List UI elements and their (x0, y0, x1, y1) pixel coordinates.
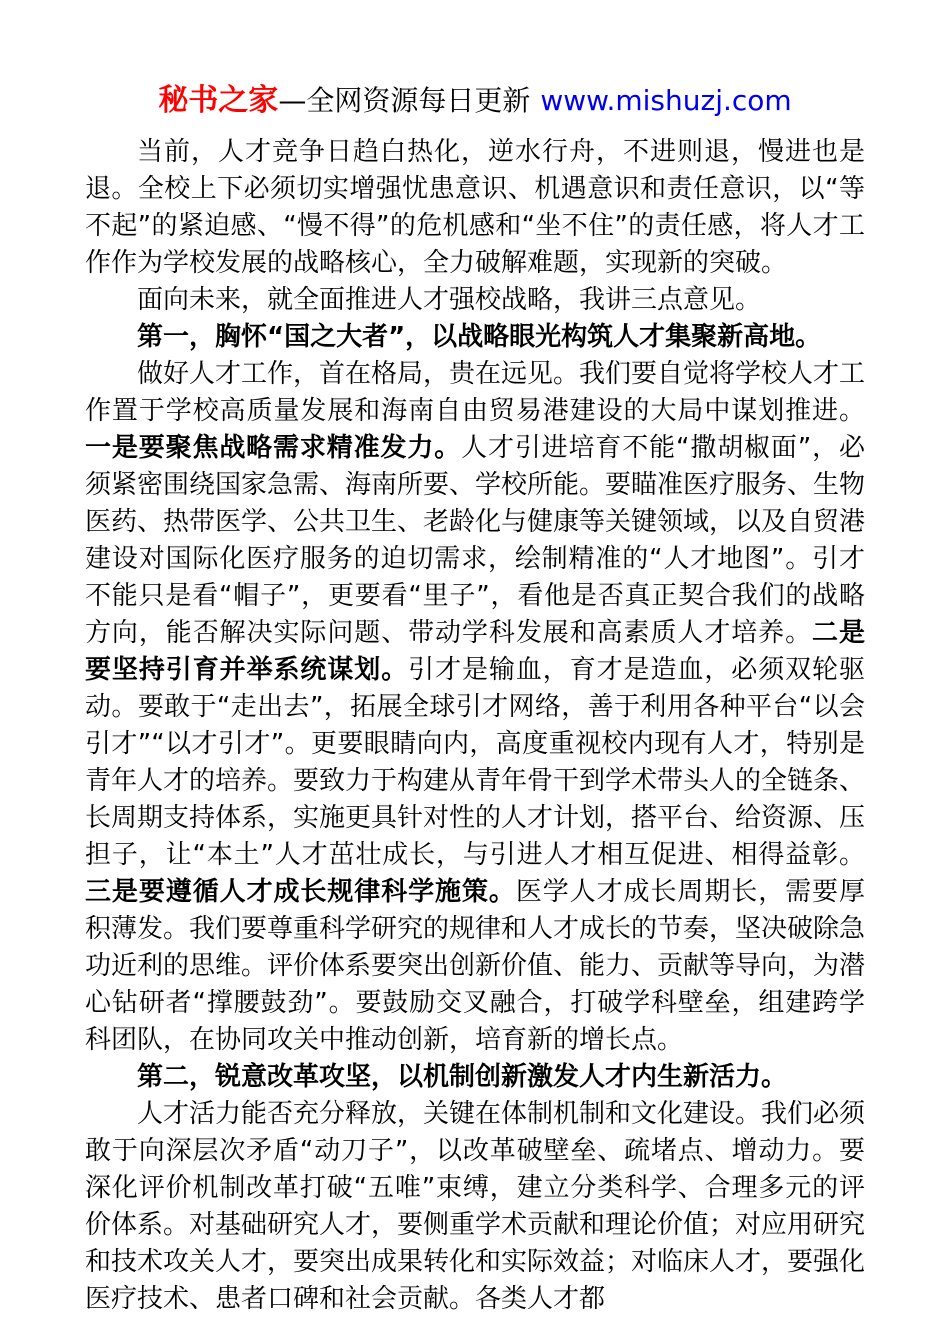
bold-text-run: 第一，胸怀“国之大者”，以战略眼光构筑人才集聚新高地。 (137, 322, 821, 352)
document-body: 当前，人才竞争日趋白热化，逆水行舟，不进则退，慢进也是退。全校上下必须切实增强忧… (85, 134, 865, 1318)
text-run: 面向未来，就全面推进人才强校战略，我讲三点意见。 (137, 285, 761, 315)
text-run: 人才活力能否充分释放，关键在体制机制和文化建设。我们必须敢于向深层次矛盾“动刀子… (85, 1099, 865, 1314)
body-paragraph: 人才活力能否充分释放，关键在体制机制和文化建设。我们必须敢于向深层次矛盾“动刀子… (85, 1096, 865, 1318)
bold-text-run: 三是要遵循人才成长规律科学施策。 (85, 877, 516, 907)
header-dash: — (278, 84, 306, 117)
section-heading: 第二，锐意改革攻坚，以机制创新激发人才内生新活力。 (85, 1059, 865, 1096)
body-paragraph: 面向未来，就全面推进人才强校战略，我讲三点意见。 (85, 282, 865, 319)
site-brand: 秘书之家 (158, 83, 278, 118)
site-tagline: 全网资源每日更新 (306, 84, 530, 117)
body-paragraph: 当前，人才竞争日趋白热化，逆水行舟，不进则退，慢进也是退。全校上下必须切实增强忧… (85, 134, 865, 282)
body-paragraph: 做好人才工作，首在格局，贵在远见。我们要自觉将学校人才工作置于学校高质量发展和海… (85, 356, 865, 1059)
bold-text-run: 一是要聚焦战略需求精准发力。 (85, 433, 461, 463)
bold-text-run: 第二，锐意改革攻坚，以机制创新激发人才内生新活力。 (137, 1062, 787, 1092)
text-run: 引才是输血，育才是造血，必须双轮驱动。要敢于“走出去”，拓展全球引才网络，善于利… (85, 655, 865, 870)
text-run: 人才引进培育不能“撒胡椒面”，必须紧密围绕国家急需、海南所要、学校所能。要瞄准医… (85, 433, 865, 648)
site-url-link[interactable]: www.mishuzj.com (540, 84, 791, 117)
text-run: 当前，人才竞争日趋白热化，逆水行舟，不进则退，慢进也是退。全校上下必须切实增强忧… (85, 137, 865, 278)
site-header: 秘书之家—全网资源每日更新www.mishuzj.com (85, 84, 865, 118)
document-page: 秘书之家—全网资源每日更新www.mishuzj.com 当前，人才竞争日趋白热… (0, 0, 950, 1344)
text-run: 做好人才工作，首在格局，贵在远见。我们要自觉将学校人才工作置于学校高质量发展和海… (85, 359, 865, 426)
section-heading: 第一，胸怀“国之大者”，以战略眼光构筑人才集聚新高地。 (85, 319, 865, 356)
